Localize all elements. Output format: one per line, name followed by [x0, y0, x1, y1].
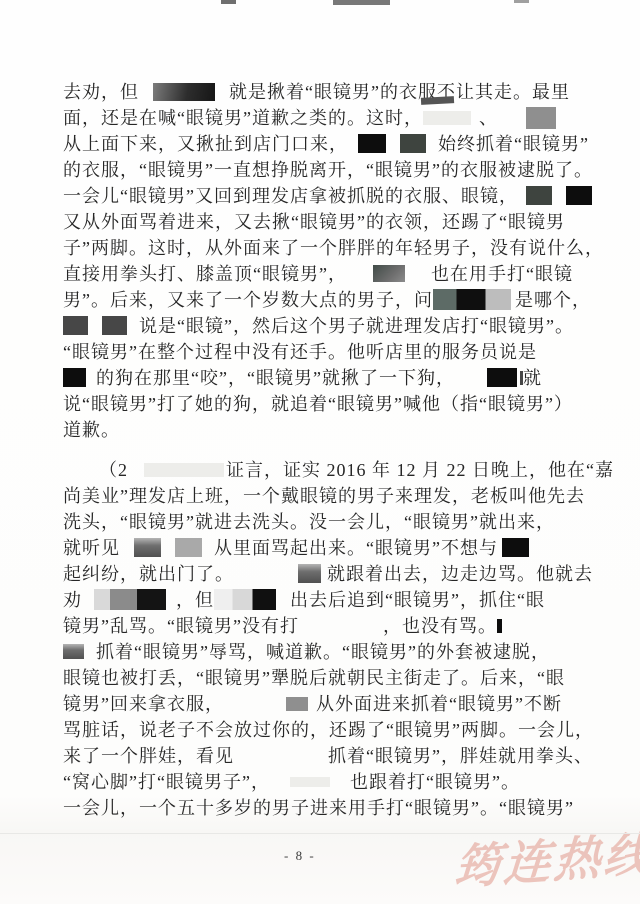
- text-line: 去劝，但就是揪着“眼镜男”的衣服不让其走。最里: [63, 79, 583, 105]
- scan-artifact: [0, 833, 640, 834]
- scan-artifact: [333, 0, 390, 5]
- redaction-box: [520, 371, 523, 385]
- text-line: 说是“眼镜”，然后这个男子就进理发店打“眼镜男”。: [63, 313, 583, 339]
- blank-gap: [234, 761, 328, 762]
- text-line: 一会儿，一个五十多岁的男子进来用手打“眼镜男”。“眼镜男”: [63, 795, 583, 821]
- blank-gap: [518, 201, 526, 202]
- text-segment: 的狗在那里“咬”，“眼镜男”就揪了一下狗，: [96, 368, 455, 388]
- text-line: 洗头，“眼镜男”就进去洗头。没一会儿，“眼镜男”就出来，: [63, 509, 583, 535]
- redaction-box: [153, 83, 215, 101]
- testimony-text: 去劝，但就是揪着“眼镜男”的衣服不让其走。最里面，还是在喊“眼镜男”道歉之类的。…: [63, 79, 583, 821]
- text-line: 就听见从里面骂起出来。“眼镜男”不想与: [63, 535, 583, 561]
- redaction-box: [497, 619, 502, 633]
- text-segment: 始终抓着“眼镜男”: [438, 134, 589, 154]
- text-segment: 起纠纷，就出门了。: [63, 564, 234, 584]
- text-segment: 男”。后来，又来了一个岁数大点的男子，问: [63, 290, 433, 310]
- text-segment: 抓着“眼镜男”辱骂，喊道歉。“眼镜男”的外套被逮脱，: [96, 642, 550, 662]
- blank-gap: [234, 579, 298, 580]
- redaction-box: [63, 316, 88, 335]
- blank-gap: [552, 201, 566, 202]
- text-line: 一会儿“眼镜男”又回到理发店拿被抓脱的衣服、眼镜，: [63, 183, 583, 209]
- text-segment: 从外面进来抓着“眼镜男”不断: [316, 694, 562, 714]
- text-line: 男”。后来，又来了一个岁数大点的男子，问是哪个，: [63, 287, 583, 313]
- text-segment: 就听见: [63, 538, 120, 558]
- redaction-box: [144, 463, 224, 477]
- text-line: 镜男”乱骂。“眼镜男”没有打，也没有骂。: [63, 613, 583, 639]
- text-line: “眼镜男”在整个过程中没有还手。他听店里的服务员说是: [63, 339, 583, 365]
- text-segment: 一会儿“眼镜男”又回到理发店拿被抓脱的衣服、眼镜，: [63, 186, 518, 206]
- blank-gap: [84, 657, 96, 658]
- text-segment: （2: [99, 460, 128, 480]
- blank-gap: [270, 787, 290, 788]
- blank-gap: [348, 149, 358, 150]
- text-segment: 一会儿，一个五十多岁的男子进来用手打“眼镜男”。“眼镜男”: [63, 798, 574, 818]
- text-segment: 说“眼镜男”打了她的狗，就追着“眼镜男”喊他（指“眼镜男”）: [63, 394, 573, 414]
- text-segment: 去劝，但: [63, 82, 139, 102]
- redaction-box: [63, 368, 86, 387]
- text-segment: “窝心脚”打“眼镜男子”，: [63, 772, 270, 792]
- text-line: 抓着“眼镜男”辱骂，喊道歉。“眼镜男”的外套被逮脱，: [63, 639, 583, 665]
- blank-gap: [308, 709, 316, 710]
- blank-gap: [386, 149, 400, 150]
- text-segment: 眼镜也被打丢，“眼镜男”犟脱后就朝民主街走了。后来，“眼: [63, 668, 565, 688]
- redaction-box: [526, 186, 552, 205]
- text-segment: “眼镜男”在整个过程中没有还手。他听店里的服务员说是: [63, 342, 537, 362]
- text-segment: 尚美业”理发店上班，一个戴眼镜的男子来理发，老板叫他先去: [63, 486, 585, 506]
- redaction-box: [373, 265, 405, 282]
- text-segment: 的衣服，“眼镜男”一直想挣脱离开，“眼镜男”的衣服被逮脱了。: [63, 160, 593, 180]
- text-segment: 证言，证实 2016 年 12 月 22 日晚上，他在“嘉: [226, 460, 614, 480]
- text-segment: 就是揪着“眼镜男”的衣服不让其走。最里: [229, 82, 570, 102]
- text-line: 说“眼镜男”打了她的狗，就追着“眼镜男”喊他（指“眼镜男”）: [63, 391, 583, 417]
- text-segment: 也跟着打“眼镜男”。: [350, 772, 520, 792]
- blank-gap: [215, 97, 229, 98]
- text-line: “窝心脚”打“眼镜男子”，也跟着打“眼镜男”。: [63, 769, 583, 795]
- scan-artifact: [514, 0, 529, 3]
- text-segment: 就跟着出去，边走边骂。他就去: [327, 564, 593, 584]
- blank-gap: [276, 605, 290, 606]
- blank-gap: [405, 279, 431, 280]
- text-segment: 从上面下来，又揪扯到店门口来，: [63, 134, 348, 154]
- redaction-box: [175, 538, 202, 557]
- text-segment: 面，还是在喊“眼镜男”道歉之类的。这时，: [63, 108, 423, 128]
- blank-gap: [82, 605, 94, 606]
- redaction-box: [298, 564, 321, 583]
- text-segment: 就: [523, 368, 542, 388]
- text-segment: 也在用手打“眼镜: [431, 264, 573, 284]
- text-segment: 骂脏话，说老子不会放过你的，还踢了“眼镜男”两脚。一会儿，: [63, 720, 594, 740]
- text-segment: 镜男”回来拿衣服，: [63, 694, 224, 714]
- text-segment: 出去后追到“眼镜男”，抓住“眼: [290, 590, 545, 610]
- text-segment: 从里面骂起出来。“眼镜男”不想与: [214, 538, 498, 558]
- text-segment: 说是“眼镜”，然后这个男子就进理发店打“眼镜男”。: [139, 316, 574, 336]
- text-line: 的衣服，“眼镜男”一直想挣脱离开，“眼镜男”的衣服被逮脱了。: [63, 157, 583, 183]
- text-segment: 来了一个胖娃，看见: [63, 746, 234, 766]
- text-line: 直接用拳头打、膝盖顶“眼镜男”，也在用手打“眼镜: [63, 261, 583, 287]
- redaction-box: [63, 644, 84, 659]
- redaction-box: [290, 777, 330, 787]
- blank-gap: [166, 605, 176, 606]
- blank-gap: [120, 553, 134, 554]
- text-segment: 镜男”乱骂。“眼镜男”没有打: [63, 616, 299, 636]
- text-line: 道歉。: [63, 417, 583, 443]
- blank-gap: [471, 123, 479, 124]
- redaction-box: [102, 316, 127, 335]
- text-segment: 、: [479, 108, 498, 128]
- redaction-box: [214, 589, 276, 610]
- redaction-box: [433, 289, 511, 310]
- redaction-box: [286, 697, 308, 711]
- blank-gap: [127, 331, 139, 332]
- text-segment: ，但: [176, 590, 214, 610]
- blank-gap: [161, 553, 175, 554]
- redaction-box: [487, 368, 517, 387]
- text-segment: 道歉。: [63, 420, 120, 440]
- scan-artifact: [221, 0, 236, 4]
- text-line: 起纠纷，就出门了。就跟着出去，边走边骂。他就去: [63, 561, 583, 587]
- redaction-box: [566, 186, 592, 205]
- text-line: 子”两脚。这时，从外面来了一个胖胖的年轻男子，没有说什么，: [63, 235, 583, 261]
- redaction-box: [94, 589, 166, 610]
- text-line: 面，还是在喊“眼镜男”道歉之类的。这时，、: [63, 105, 583, 131]
- blank-gap: [202, 553, 214, 554]
- redaction-box: [134, 538, 161, 557]
- text-line: 镜男”回来拿衣服，从外面进来抓着“眼镜男”不断: [63, 691, 583, 717]
- text-segment: 是哪个，: [515, 290, 591, 310]
- redaction-box: [526, 107, 556, 129]
- blank-gap: [347, 279, 373, 280]
- text-line: （2证言，证实 2016 年 12 月 22 日晚上，他在“嘉: [63, 457, 583, 483]
- redaction-box: [358, 134, 386, 153]
- text-segment: 抓着“眼镜男”，胖娃就用拳头、: [328, 746, 593, 766]
- text-line: 来了一个胖娃，看见抓着“眼镜男”，胖娃就用拳头、: [63, 743, 583, 769]
- redaction-box: [502, 538, 529, 557]
- watermark: 筠连热线: [452, 817, 640, 898]
- text-segment: ，也没有骂。: [383, 616, 497, 636]
- text-line: 从上面下来，又揪扯到店门口来，始终抓着“眼镜男”: [63, 131, 583, 157]
- blank-gap: [426, 149, 438, 150]
- text-line: 眼镜也被打丢，“眼镜男”犟脱后就朝民主街走了。后来，“眼: [63, 665, 583, 691]
- text-line: 的狗在那里“咬”，“眼镜男”就揪了一下狗，就: [63, 365, 583, 391]
- blank-gap: [455, 383, 487, 384]
- text-line: 骂脏话，说老子不会放过你的，还踢了“眼镜男”两脚。一会儿，: [63, 717, 583, 743]
- text-segment: 子”两脚。这时，从外面来了一个胖胖的年轻男子，没有说什么，: [63, 238, 604, 258]
- blank-gap: [330, 787, 350, 788]
- text-segment: 劝: [63, 590, 82, 610]
- blank-gap: [88, 331, 102, 332]
- document-page: 去劝，但就是揪着“眼镜男”的衣服不让其走。最里面，还是在喊“眼镜男”道歉之类的。…: [0, 0, 640, 904]
- blank-gap: [224, 709, 286, 710]
- blank-gap: [498, 123, 526, 124]
- text-line: 又从外面骂着进来，又去揪“眼镜男”的衣领，还踢了“眼镜男: [63, 209, 583, 235]
- redaction-box: [423, 111, 471, 125]
- blank-gap: [139, 97, 153, 98]
- text-line: 尚美业”理发店上班，一个戴眼镜的男子来理发，老板叫他先去: [63, 483, 583, 509]
- redaction-box: [400, 134, 426, 153]
- blank-gap: [299, 631, 383, 632]
- text-line: 劝，但出去后追到“眼镜男”，抓住“眼: [63, 587, 583, 613]
- text-segment: 又从外面骂着进来，又去揪“眼镜男”的衣领，还踢了“眼镜男: [63, 212, 565, 232]
- text-segment: 洗头，“眼镜男”就进去洗头。没一会儿，“眼镜男”就出来，: [63, 512, 555, 532]
- blank-gap: [128, 475, 144, 476]
- page-number: - 8 -: [284, 848, 316, 864]
- blank-gap: [86, 383, 96, 384]
- text-segment: 直接用拳头打、膝盖顶“眼镜男”，: [63, 264, 347, 284]
